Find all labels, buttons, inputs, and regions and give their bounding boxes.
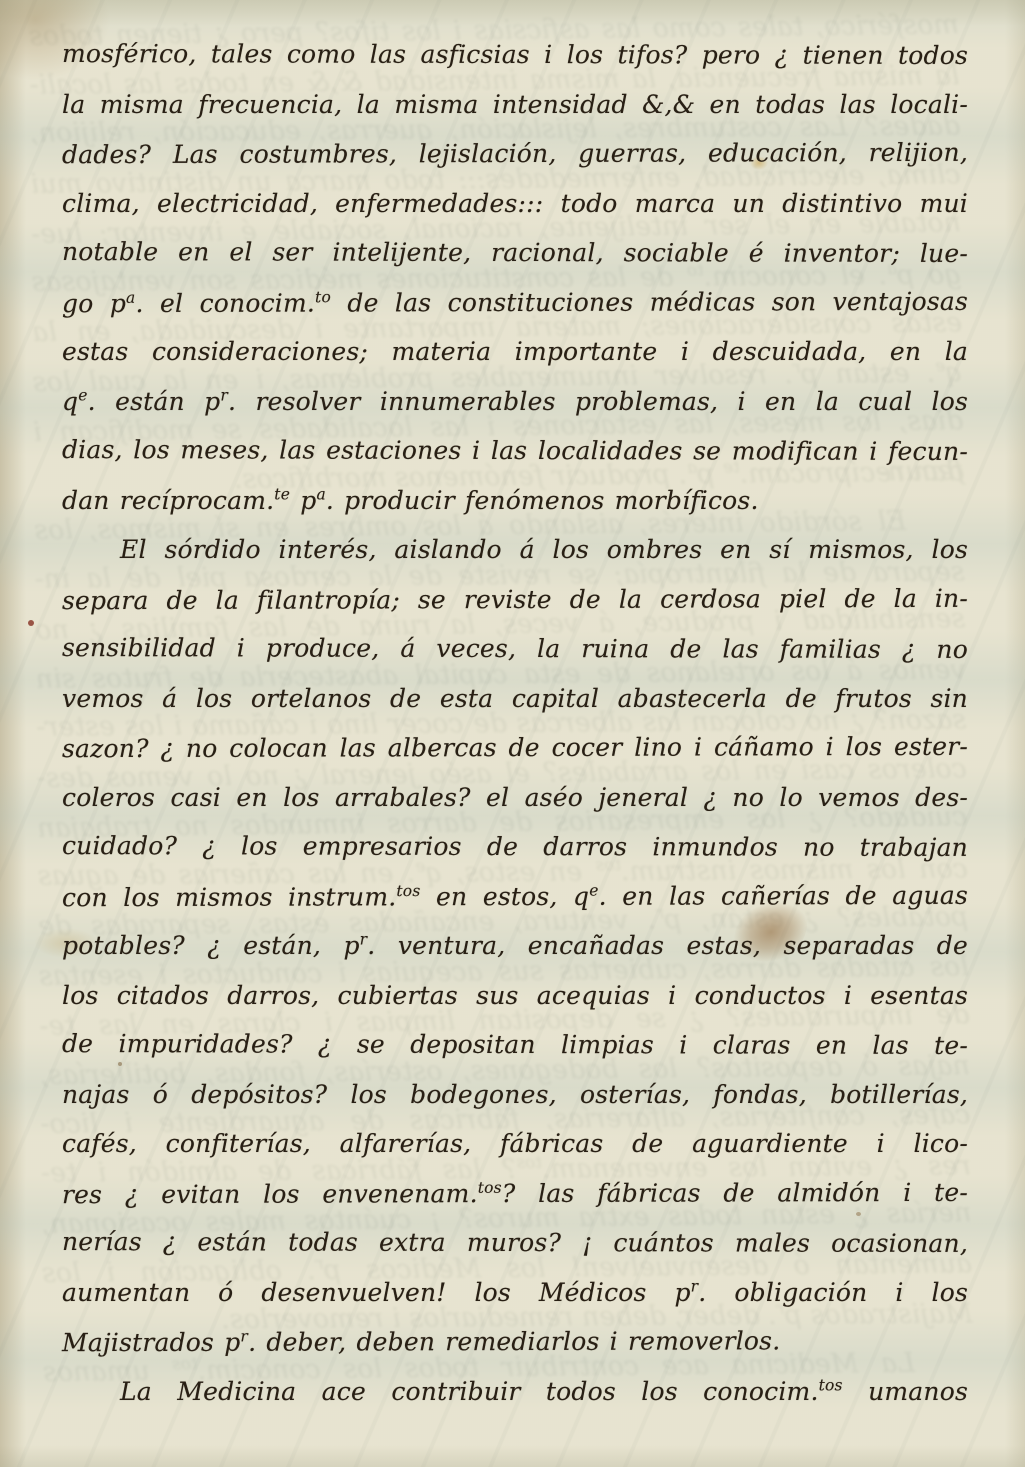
manuscript-line: con los mismos instrum.tos en estos, qe.… — [62, 870, 968, 922]
manuscript-line: de impuridades? ¿ se depositan limpias i… — [62, 1019, 968, 1070]
manuscript-line: El sórdido interés, aislando á los ombre… — [62, 525, 968, 575]
manuscript-line: qe. están pr. resolver innumerables prob… — [62, 377, 968, 427]
manuscript-line: clima, electricidad, enfermedades::: tod… — [62, 179, 968, 229]
manuscript-line: dades? Las costumbres, lejislación, guer… — [62, 128, 968, 180]
manuscript-line: dan recíprocam.te pa. producir fenómenos… — [62, 476, 968, 526]
manuscript-line: nerías ¿ están todas extra muros? ¡ cuán… — [62, 1217, 968, 1268]
manuscript-line: cuidado? ¿ los empresarios de darros inm… — [62, 821, 968, 872]
red-speck — [28, 620, 34, 626]
manuscript-line: notable en el ser intelijente, racional,… — [62, 227, 968, 278]
manuscript-line: la misma frecuencia, la misma intensidad… — [62, 80, 968, 130]
manuscript-line: mosférico, tales como las asficsias i lo… — [62, 29, 968, 80]
manuscript-line: go pa. el conocim.to de las constitucion… — [62, 276, 968, 328]
manuscript-line: aumentan ó desenvuelven! los Médicos pr.… — [62, 1268, 968, 1318]
manuscript-line: najas ó depósitos? los bodegones, osterí… — [62, 1070, 968, 1120]
manuscript-page: mosférico, tales como las asficsias i lo… — [0, 0, 1025, 1467]
manuscript-line: res ¿ evitan los envenenam.tos? las fábr… — [62, 1167, 968, 1219]
manuscript-text: mosférico, tales como las asficsias i lo… — [62, 30, 968, 1416]
manuscript-line: potables? ¿ están, pr. ventura, encañada… — [62, 921, 968, 971]
manuscript-line: dias, los meses, las estaciones i las lo… — [62, 425, 968, 476]
manuscript-line: Majistrados pr. deber, deben remediarlos… — [62, 1316, 968, 1368]
manuscript-line: separa de la filantropía; se reviste de … — [62, 573, 968, 625]
manuscript-line: estas consideraciones; materia important… — [62, 327, 968, 377]
manuscript-line: sazon? ¿ no colocan las albercas de coce… — [62, 722, 968, 774]
manuscript-line: sensibilidad i produce, á veces, la ruin… — [62, 623, 968, 674]
manuscript-line: vemos á los ortelanos de esta capital ab… — [62, 674, 968, 724]
manuscript-line: coleros casi en los arrabales? el aséo j… — [62, 773, 968, 823]
manuscript-line: los citados darros, cubiertas sus acequi… — [62, 971, 968, 1021]
manuscript-line: cafés, confiterías, alfarerías, fábricas… — [62, 1119, 968, 1169]
manuscript-line: La Medicina ace contribuir todos los con… — [62, 1367, 968, 1417]
